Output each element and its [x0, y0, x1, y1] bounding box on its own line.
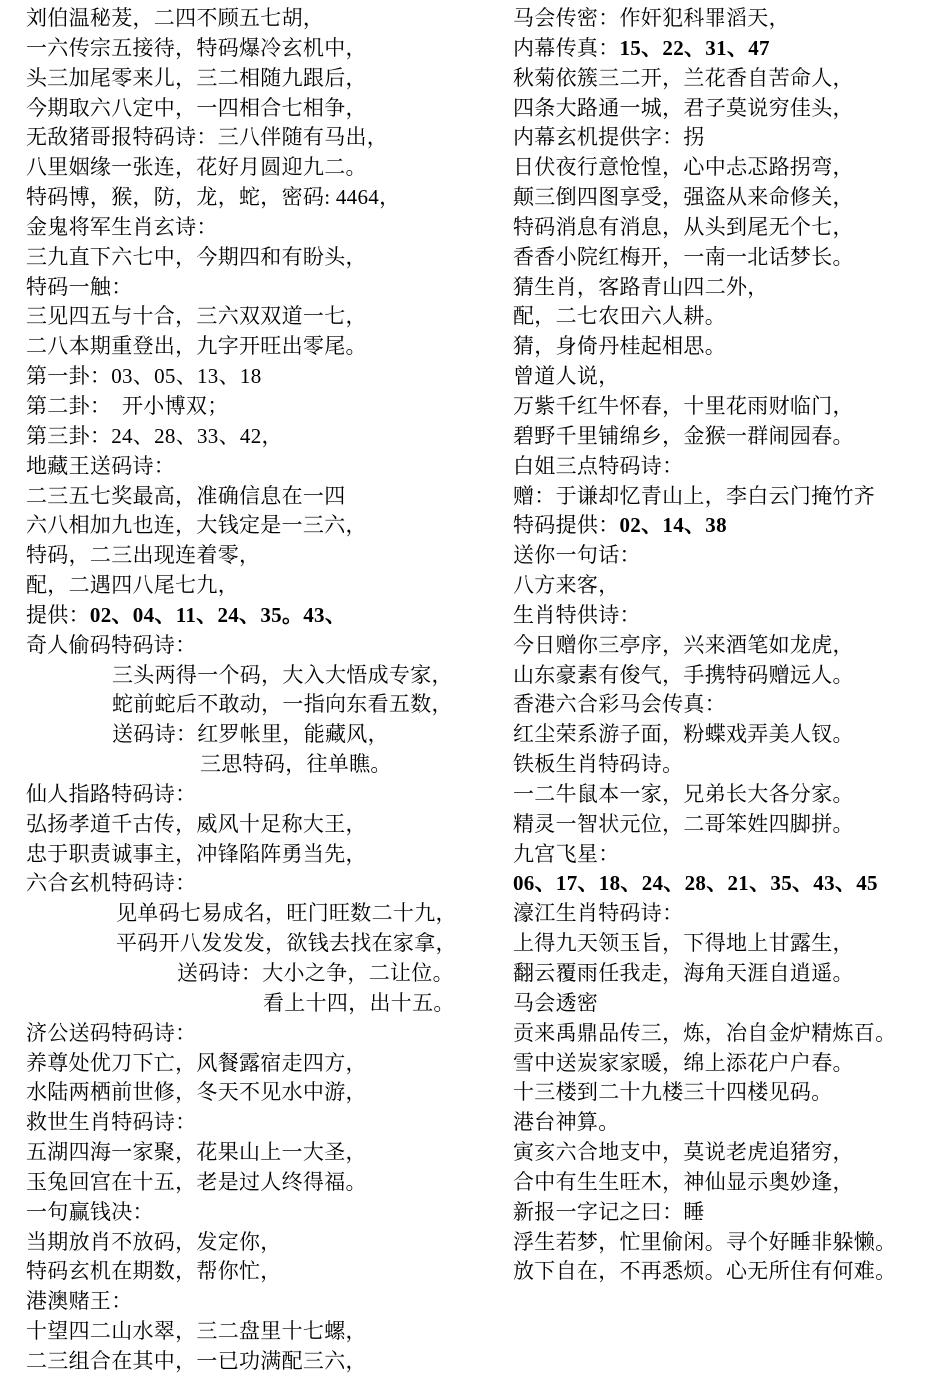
document-page: 刘伯温秘茇，二四不顾五七胡，一六传宗五接待，特码爆冷玄机中，头三加尾零来儿，三二… — [0, 0, 935, 1377]
text-line: 内幕玄机提供字：拐 — [513, 123, 935, 153]
text-segment: 碧野千里铺绵乡，金猴一群闹园春。 — [513, 424, 854, 448]
text-line: 三见四五与十合，三六双双道一七， — [26, 302, 513, 332]
text-segment: 二八本期重登出，九字开旺出零尾。 — [26, 334, 367, 358]
text-segment: 头三加尾零来儿，三二相随九跟后， — [26, 66, 367, 90]
text-line: 仙人指路特码诗： — [26, 780, 513, 810]
text-segment: 见单码七易成名，旺门旺数二十九， — [116, 901, 457, 925]
text-segment: 六八相加九也连，大钱定是一三六， — [26, 513, 367, 537]
text-segment: 提供： — [26, 603, 90, 627]
text-segment: 特码玄机在期数，帮你忙， — [26, 1259, 282, 1283]
text-line: 一六传宗五接待，特码爆冷玄机中， — [26, 34, 513, 64]
text-segment: 浮生若梦，忙里偷闲。寻个好睡非躲懒。 — [513, 1230, 896, 1254]
text-segment: 弘扬孝道千古传，威风十足称大王， — [26, 812, 367, 836]
text-segment: 翻云覆雨任我走，海角天涯自逍遥。 — [513, 961, 854, 985]
text-line: 山东豪素有俊气，手携特码赠远人。 — [513, 661, 935, 691]
text-segment: 特码，二三出现连着零， — [26, 543, 260, 567]
text-line: 一二牛鼠本一家，兄弟长大各分家。 — [513, 780, 935, 810]
text-line: 第三卦：24、28、33、42， — [26, 422, 513, 452]
text-line: 万紫千红牛怀春，十里花雨财临门， — [513, 392, 935, 422]
text-line: 特码博，猴，防，龙，蛇，密码: 4464， — [26, 183, 513, 213]
text-segment: 内幕玄机提供字：拐 — [513, 125, 705, 149]
text-line: 特码一触： — [26, 273, 513, 303]
text-line: 今期取六八定中，一四相合七相争， — [26, 94, 513, 124]
text-segment: 玉兔回宫在十五，老是过人终得福。 — [26, 1170, 367, 1194]
text-line: 特码提供：02、14、38 — [513, 511, 935, 541]
bold-number-text: 02、14、38 — [620, 513, 727, 537]
text-line: 合中有生生旺木，神仙显示奥妙逢， — [513, 1168, 935, 1198]
text-line: 特码消息有消息，从头到尾无个七， — [513, 213, 935, 243]
text-segment: 济公送码特码诗： — [26, 1021, 196, 1045]
text-line: 寅亥六合地支中，莫说老虎追猪穷， — [513, 1138, 935, 1168]
text-line: 红尘荣系游子面，粉蝶戏弄美人钗。 — [513, 720, 935, 750]
text-segment: 配，二七农田六人耕。 — [513, 304, 726, 328]
text-line: 贡来禹鼎品传三，炼，冶自金炉精炼百。 — [513, 1019, 935, 1049]
text-line: 五湖四海一家聚，花果山上一大圣， — [26, 1138, 513, 1168]
text-line: 二八本期重登出，九字开旺出零尾。 — [26, 332, 513, 362]
text-segment: 一句赢钱决： — [26, 1200, 154, 1224]
text-line: 提供：02、04、11、24、35。43、 — [26, 601, 513, 631]
text-segment: 猜，身倚丹桂起相思。 — [513, 334, 726, 358]
text-line: 马会透密 — [513, 989, 935, 1019]
text-line: 送码诗：红罗帐里，能藏风， — [26, 720, 513, 750]
text-line: 地藏王送码诗： — [26, 452, 513, 482]
text-segment: 蛇前蛇后不敢动，一指向东看五数， — [112, 692, 453, 716]
text-segment: 放下自在，不再悉烦。心无所住有何难。 — [513, 1259, 896, 1283]
text-segment: 仙人指路特码诗： — [26, 782, 196, 806]
text-segment: 十三楼到二十九楼三十四楼见码。 — [513, 1080, 833, 1104]
text-line: 秋菊依簇三二开，兰花香自苦命人， — [513, 64, 935, 94]
text-segment: 八里姻缘一张连，花好月圆迎九二。 — [26, 155, 367, 179]
text-segment: 秋菊依簇三二开，兰花香自苦命人， — [513, 66, 854, 90]
text-segment: 寅亥六合地支中，莫说老虎追猪穷， — [513, 1140, 854, 1164]
text-segment: 十望四二山水翠，三二盘里十七螺， — [26, 1319, 367, 1343]
text-segment: 合中有生生旺木，神仙显示奥妙逢， — [513, 1170, 854, 1194]
text-segment: 送码诗：红罗帐里，能藏风， — [112, 722, 389, 746]
text-segment: 特码消息有消息，从头到尾无个七， — [513, 215, 854, 239]
text-line: 香香小院红梅开，一南一北话梦长。 — [513, 243, 935, 273]
text-line: 港台神算。 — [513, 1108, 935, 1138]
text-line: 九宫飞星： — [513, 840, 935, 870]
text-segment: 香港六合彩马会传真： — [513, 692, 726, 716]
text-segment: 八方来客， — [513, 573, 620, 597]
text-segment: 水陆两栖前世修，冬天不见水中游， — [26, 1080, 367, 1104]
text-line: 养尊处优刀下亡，风餐露宿走四方， — [26, 1049, 513, 1079]
text-line: 第二卦： 开小博双； — [26, 392, 513, 422]
text-line: 水陆两栖前世修，冬天不见水中游， — [26, 1078, 513, 1108]
text-line: 蛇前蛇后不敢动，一指向东看五数， — [26, 690, 513, 720]
text-segment: 第一卦：03、05、13、18 — [26, 364, 262, 388]
text-line: 铁板生肖特码诗。 — [513, 750, 935, 780]
text-line: 见单码七易成名，旺门旺数二十九， — [26, 899, 513, 929]
text-line: 精灵一智状元位，二哥笨姓四脚拼。 — [513, 810, 935, 840]
bold-number-text: 06、17、18、24、28、21、35、43、45 — [513, 871, 878, 895]
text-segment: 三九直下六七中，今期四和有盼头， — [26, 245, 367, 269]
text-line: 一句赢钱决： — [26, 1198, 513, 1228]
text-line: 三头两得一个码，大入大悟成专家， — [26, 661, 513, 691]
text-line: 弘扬孝道千古传，威风十足称大王， — [26, 810, 513, 840]
text-line: 第一卦：03、05、13、18 — [26, 362, 513, 392]
text-segment: 内幕传真： — [513, 36, 620, 60]
text-line: 看上十四，出十五。 — [26, 989, 513, 1019]
text-segment: 今期取六八定中，一四相合七相争， — [26, 96, 367, 120]
text-segment: 雪中送炭家家暖，绵上添花户户春。 — [513, 1051, 854, 1075]
text-segment: 送你一句话： — [513, 543, 641, 567]
text-segment: 二三组合在其中，一已功满配三六， — [26, 1349, 367, 1373]
text-line: 送你一句话： — [513, 541, 935, 571]
text-line: 碧野千里铺绵乡，金猴一群闹园春。 — [513, 422, 935, 452]
text-segment: 上得九天领玉旨，下得地上甘露生， — [513, 931, 854, 955]
text-segment: 一二牛鼠本一家，兄弟长大各分家。 — [513, 782, 854, 806]
text-segment: 忠于职责诚事主，冲锋陷阵勇当先， — [26, 842, 367, 866]
column-left: 刘伯温秘茇，二四不顾五七胡，一六传宗五接待，特码爆冷玄机中，头三加尾零来儿，三二… — [26, 4, 513, 1377]
text-line: 奇人偷码特码诗： — [26, 631, 513, 661]
text-line: 二三组合在其中，一已功满配三六， — [26, 1347, 513, 1377]
text-segment: 特码提供： — [513, 513, 620, 537]
text-segment: 赠：于谦却忆青山上，李白云门掩竹齐 — [513, 484, 875, 508]
text-line: 新报一字记之曰：睡 — [513, 1198, 935, 1228]
text-line: 濠江生肖特码诗： — [513, 899, 935, 929]
text-line: 六合玄机特码诗： — [26, 869, 513, 899]
text-line: 无敌猪哥报特码诗：三八伴随有马出， — [26, 123, 513, 153]
text-segment: 第二卦： 开小博双； — [26, 394, 229, 418]
text-line: 头三加尾零来儿，三二相随九跟后， — [26, 64, 513, 94]
text-segment: 三思特码，往单瞧。 — [200, 752, 392, 776]
text-segment: 奇人偷码特码诗： — [26, 633, 196, 657]
text-segment: 生肖特供诗： — [513, 603, 641, 627]
text-segment: 濠江生肖特码诗： — [513, 901, 683, 925]
text-segment: 精灵一智状元位，二哥笨姓四脚拼。 — [513, 812, 854, 836]
text-segment: 红尘荣系游子面，粉蝶戏弄美人钗。 — [513, 722, 854, 746]
text-segment: 马会透密 — [513, 991, 598, 1015]
text-line: 救世生肖特码诗： — [26, 1108, 513, 1138]
text-segment: 特码一触： — [26, 275, 133, 299]
text-line: 玉兔回宫在十五，老是过人终得福。 — [26, 1168, 513, 1198]
text-segment: 香香小院红梅开，一南一北话梦长。 — [513, 245, 854, 269]
text-segment: 山东豪素有俊气，手携特码赠远人。 — [513, 663, 854, 687]
text-segment: 配，二遇四八尾七九， — [26, 573, 239, 597]
text-line: 金鬼将军生肖玄诗： — [26, 213, 513, 243]
text-segment: 白姐三点特码诗： — [513, 454, 683, 478]
text-line: 放下自在，不再悉烦。心无所住有何难。 — [513, 1257, 935, 1287]
text-line: 白姐三点特码诗： — [513, 452, 935, 482]
text-line: 二三五七奖最高，准确信息在一四 — [26, 482, 513, 512]
text-line: 颠三倒四图享受，强盗从来命修关， — [513, 183, 935, 213]
text-segment: 特码博，猴，防，龙，蛇，密码: 4464， — [26, 185, 400, 209]
bold-number-text: 02、04、11、24、35。43、 — [90, 603, 346, 627]
text-segment: 看上十四，出十五。 — [263, 991, 455, 1015]
text-line: 忠于职责诚事主，冲锋陷阵勇当先， — [26, 840, 513, 870]
text-segment: 颠三倒四图享受，强盗从来命修关， — [513, 185, 854, 209]
text-line: 赠：于谦却忆青山上，李白云门掩竹齐 — [513, 482, 935, 512]
text-segment: 四条大路通一城，君子莫说穷佳头， — [513, 96, 854, 120]
text-segment: 马会传密：作奸犯科罪滔天， — [513, 6, 790, 30]
text-line: 四条大路通一城，君子莫说穷佳头， — [513, 94, 935, 124]
text-segment: 一六传宗五接待，特码爆冷玄机中， — [26, 36, 367, 60]
text-line: 港澳赌王： — [26, 1287, 513, 1317]
column-right: 马会传密：作奸犯科罪滔天，内幕传真：15、22、31、47秋菊依簇三二开，兰花香… — [513, 4, 935, 1377]
text-segment: 新报一字记之曰：睡 — [513, 1200, 705, 1224]
text-line: 曾道人说， — [513, 362, 935, 392]
text-line: 生肖特供诗： — [513, 601, 935, 631]
text-line: 济公送码特码诗： — [26, 1019, 513, 1049]
text-line: 猜，身倚丹桂起相思。 — [513, 332, 935, 362]
text-line: 八方来客， — [513, 571, 935, 601]
text-segment: 养尊处优刀下亡，风餐露宿走四方， — [26, 1051, 367, 1075]
text-line: 上得九天领玉旨，下得地上甘露生， — [513, 929, 935, 959]
text-segment: 曾道人说， — [513, 364, 620, 388]
text-segment: 二三五七奖最高，准确信息在一四 — [26, 484, 346, 508]
text-line: 十三楼到二十九楼三十四楼见码。 — [513, 1078, 935, 1108]
text-line: 雪中送炭家家暖，绵上添花户户春。 — [513, 1049, 935, 1079]
text-segment: 猜生肖，客路青山四二外， — [513, 275, 769, 299]
text-line: 香港六合彩马会传真： — [513, 690, 935, 720]
text-segment: 六合玄机特码诗： — [26, 871, 196, 895]
text-line: 浮生若梦，忙里偷闲。寻个好睡非躲懒。 — [513, 1228, 935, 1258]
text-segment: 铁板生肖特码诗。 — [513, 752, 683, 776]
bold-number-text: 15、22、31、47 — [620, 36, 770, 60]
text-line: 今日赠你三亭序，兴来酒笔如龙虎， — [513, 631, 935, 661]
text-line: 八里姻缘一张连，花好月圆迎九二。 — [26, 153, 513, 183]
text-segment: 三头两得一个码，大入大悟成专家， — [112, 663, 453, 687]
text-segment: 港澳赌王： — [26, 1289, 133, 1313]
text-segment: 五湖四海一家聚，花果山上一大圣， — [26, 1140, 367, 1164]
text-segment: 万紫千红牛怀春，十里花雨财临门， — [513, 394, 854, 418]
text-line: 六八相加九也连，大钱定是一三六， — [26, 511, 513, 541]
text-segment: 平码开八发发发，欲钱去找在家拿， — [116, 931, 457, 955]
text-line: 三九直下六七中，今期四和有盼头， — [26, 243, 513, 273]
text-segment: 救世生肖特码诗： — [26, 1110, 196, 1134]
text-line: 当期放肖不放码，发定你， — [26, 1228, 513, 1258]
text-line: 翻云覆雨任我走，海角天涯自逍遥。 — [513, 959, 935, 989]
text-line: 06、17、18、24、28、21、35、43、45 — [513, 869, 935, 899]
text-segment: 刘伯温秘茇，二四不顾五七胡， — [26, 6, 324, 30]
text-line: 特码玄机在期数，帮你忙， — [26, 1257, 513, 1287]
text-segment: 送码诗：大小之争，二让位。 — [177, 961, 454, 985]
text-segment: 九宫飞星： — [513, 842, 620, 866]
text-segment: 日伏夜行意怆惶，心中忐忑路拐弯， — [513, 155, 854, 179]
text-line: 特码，二三出现连着零， — [26, 541, 513, 571]
text-line: 三思特码，往单瞧。 — [26, 750, 513, 780]
text-segment: 今日赠你三亭序，兴来酒笔如龙虎， — [513, 633, 854, 657]
text-line: 配，二七农田六人耕。 — [513, 302, 935, 332]
text-segment: 无敌猪哥报特码诗：三八伴随有马出， — [26, 125, 388, 149]
text-line: 送码诗：大小之争，二让位。 — [26, 959, 513, 989]
text-segment: 第三卦：24、28、33、42， — [26, 424, 283, 448]
text-segment: 三见四五与十合，三六双双道一七， — [26, 304, 367, 328]
text-line: 配，二遇四八尾七九， — [26, 571, 513, 601]
text-line: 内幕传真：15、22、31、47 — [513, 34, 935, 64]
text-line: 马会传密：作奸犯科罪滔天， — [513, 4, 935, 34]
text-segment: 港台神算。 — [513, 1110, 620, 1134]
text-line: 平码开八发发发，欲钱去找在家拿， — [26, 929, 513, 959]
text-line: 猜生肖，客路青山四二外， — [513, 273, 935, 303]
text-segment: 当期放肖不放码，发定你， — [26, 1230, 282, 1254]
text-segment: 贡来禹鼎品传三，炼，冶自金炉精炼百。 — [513, 1021, 896, 1045]
text-line: 刘伯温秘茇，二四不顾五七胡， — [26, 4, 513, 34]
text-segment: 金鬼将军生肖玄诗： — [26, 215, 218, 239]
text-line: 十望四二山水翠，三二盘里十七螺， — [26, 1317, 513, 1347]
text-line: 日伏夜行意怆惶，心中忐忑路拐弯， — [513, 153, 935, 183]
text-segment: 地藏王送码诗： — [26, 454, 175, 478]
